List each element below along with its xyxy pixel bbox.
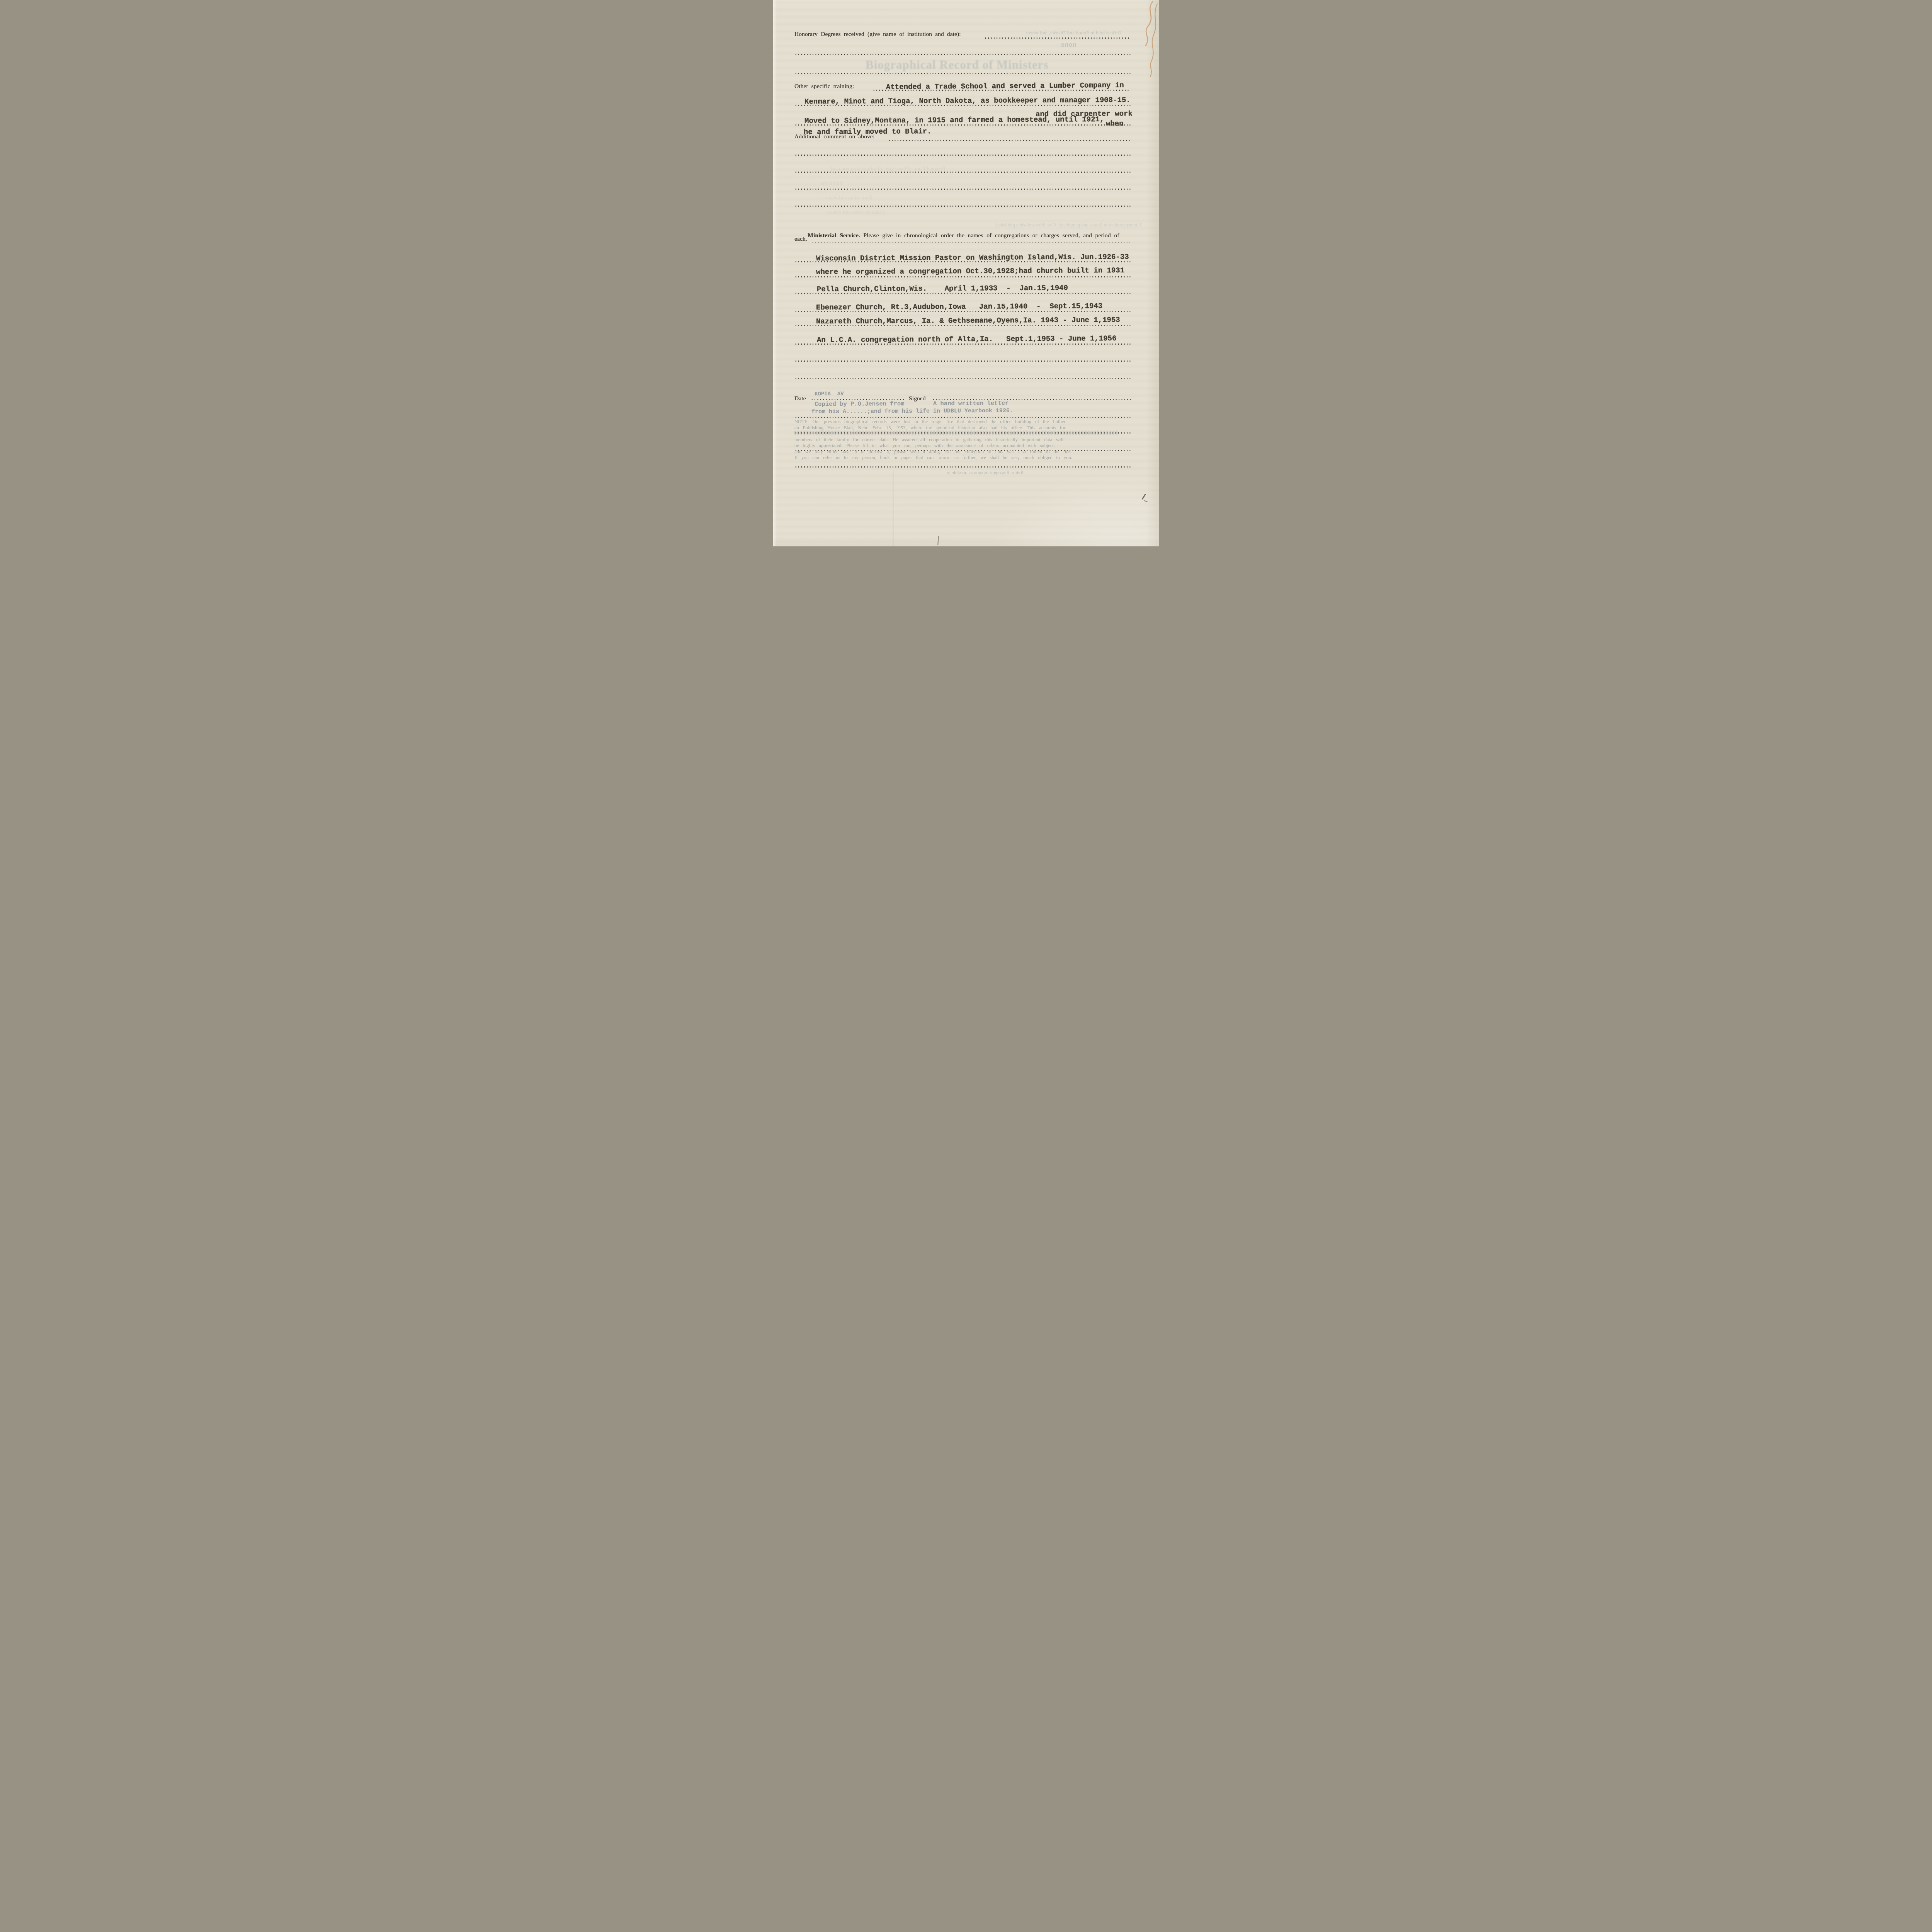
typed-copy-stamp: KOPIA AV (815, 391, 844, 397)
typed-training-line: he and family moved to Blair. (804, 127, 932, 136)
dotted-writing-line (794, 205, 1131, 207)
corner-pencil-mark (1144, 500, 1148, 502)
date-label: Date (794, 395, 806, 402)
handwriting-mark-icon (1122, 0, 1159, 81)
typed-service-entry: Ebenezer Church, Rt.3,Audubon,Iowa Jan.1… (816, 302, 1102, 312)
bleedthrough-page-title: Biographical Record of Ministers (866, 58, 1049, 72)
typed-service-entry: Wisconsin District Mission Pastor on Was… (816, 253, 1129, 263)
typed-service-entry: Pella Church,Clinton,Wis. April 1,1933 -… (817, 284, 1068, 293)
bleedthrough-personal-line: Full name: (819, 181, 842, 187)
pen-tick-mark (937, 536, 939, 545)
dotted-writing-line (794, 171, 1131, 173)
honorary-degrees-label: Honorary Degrees received (give name of … (794, 31, 961, 38)
dotted-writing-line (794, 188, 1131, 190)
dotted-writing-line (794, 466, 1131, 468)
typed-training-line: when (1106, 119, 1124, 128)
note-paragraph-line: be highly appreciated. Please fill in wh… (794, 443, 1134, 449)
dotted-writing-line (794, 378, 1131, 379)
note-paragraph-line: and we may either have it or borrow it, … (794, 449, 1134, 455)
typed-service-entry: Nazareth Church,Marcus, Ia. & Gethsemane… (816, 316, 1120, 326)
ministerial-service-each: each. (794, 236, 807, 243)
dotted-writing-line (794, 54, 1131, 56)
dotted-writing-line (811, 398, 906, 400)
note-paragraph-line: an Publishing House Blair, Nebr. Febr. 1… (794, 425, 1134, 431)
dotted-writing-line (794, 417, 1131, 418)
bleedthrough-return-line: Return this report as soon as possible t… (947, 470, 1024, 476)
dotted-writing-line (984, 37, 1131, 39)
ministerial-service-heading: Ministerial Service. (808, 232, 860, 239)
note-paragraph-line: members of their family for correct data… (794, 437, 1134, 443)
typed-service-entry: where he organized a congregation Oct.30… (816, 266, 1124, 276)
note-illegible-line (794, 431, 1119, 435)
dotted-writing-line (888, 139, 1131, 141)
typed-training-line: Moved to Sidney,Montana, in 1915 and far… (804, 115, 1104, 125)
dotted-writing-line (794, 276, 1131, 278)
typed-training-line: Kenmare, Minot and Tioga, North Dakota, … (804, 96, 1131, 106)
bleedthrough-none-text: none (1061, 42, 1077, 49)
ministerial-service-text: Please give in chronological order the n… (860, 232, 1119, 239)
bleedthrough-offices-line: Offices held in Synod and District, and … (1026, 30, 1121, 36)
fold-crease (893, 471, 894, 546)
other-training-label: Other specific training: (794, 83, 854, 90)
dotted-writing-line (794, 154, 1131, 156)
note-paragraph-line: NOTE: Our previous biographical records … (794, 419, 1134, 425)
typed-attribution-line: Copied by P.O.Jensen from A hand written… (815, 400, 1009, 408)
corner-pencil-mark (1142, 494, 1146, 500)
scanned-form-page: Offices held in Synod and District, and … (773, 0, 1159, 546)
note-paragraph-line: If you can refer us to any person, book … (794, 455, 1134, 461)
typed-service-entry: An L.C.A. congregation north of Alta,Ia.… (817, 334, 1116, 344)
typed-attribution-line: from his A......;and from his life in UD… (811, 408, 1013, 415)
bleedthrough-personal-line: Born when and where: (823, 195, 872, 201)
bleedthrough-personal-line: Ordained when and where: (827, 209, 885, 216)
dotted-writing-line (794, 73, 1131, 75)
dotted-writing-line (794, 360, 1131, 362)
dotted-writing-line (811, 241, 1131, 243)
